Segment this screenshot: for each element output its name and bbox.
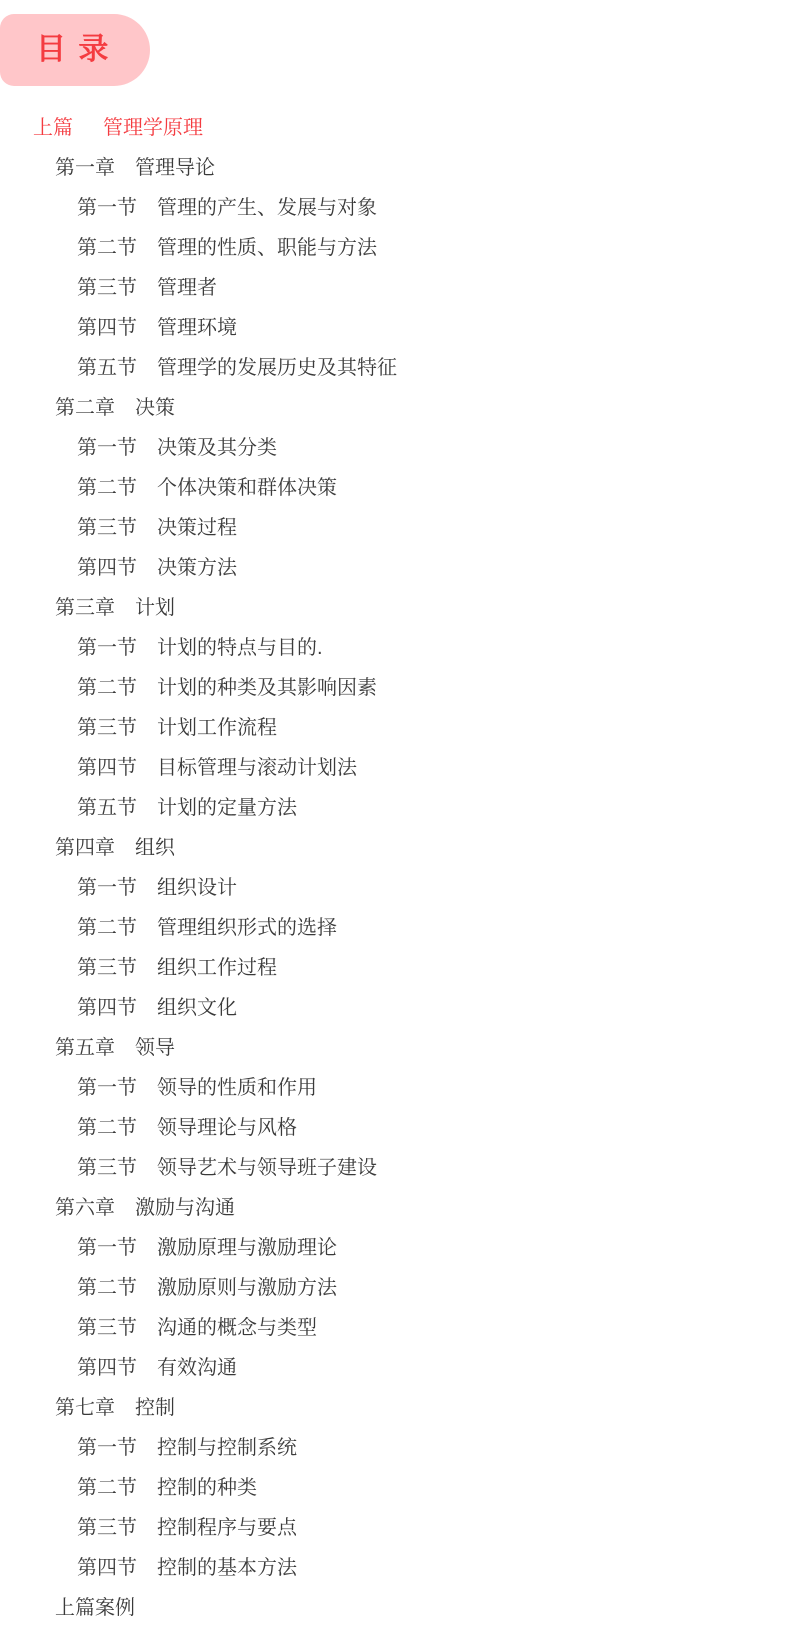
section-number: 第二节 (77, 677, 137, 699)
section-title: 计划的特点与目的. (157, 637, 323, 659)
toc-section[interactable]: 第三节组织工作过程 (0, 948, 790, 988)
section-title: 组织文化 (157, 997, 237, 1019)
section-number: 第一节 (77, 877, 137, 899)
section-title: 决策方法 (157, 557, 237, 579)
section-title: 激励原理与激励理论 (157, 1237, 337, 1259)
section-number: 第二节 (77, 1117, 137, 1139)
chapter-number: 第六章 (55, 1197, 115, 1219)
section-title: 管理的性质、职能与方法 (157, 237, 377, 259)
toc-section[interactable]: 第三节管理者 (0, 268, 790, 308)
toc-section[interactable]: 第四节有效沟通 (0, 1348, 790, 1388)
chapter-title: 计划 (135, 597, 175, 619)
toc-section[interactable]: 第二节管理的性质、职能与方法 (0, 228, 790, 268)
section-number: 第三节 (77, 1157, 137, 1179)
section-number: 第三节 (77, 277, 137, 299)
section-number: 第二节 (77, 477, 137, 499)
toc-section[interactable]: 第二节控制的种类 (0, 1468, 790, 1508)
section-number: 第四节 (77, 997, 137, 1019)
toc-section[interactable]: 第三节控制程序与要点 (0, 1508, 790, 1548)
section-number: 第三节 (77, 517, 137, 539)
section-title: 管理环境 (157, 317, 237, 339)
section-title: 控制的种类 (157, 1477, 257, 1499)
section-title: 管理的产生、发展与对象 (157, 197, 377, 219)
chapter-number: 第七章 (55, 1397, 115, 1419)
section-title: 个体决策和群体决策 (157, 477, 337, 499)
section-number: 第二节 (77, 1477, 137, 1499)
section-title: 有效沟通 (157, 1357, 237, 1379)
toc-item-part-cases[interactable]: 上篇案例 (0, 1588, 790, 1628)
section-title: 控制与控制系统 (157, 1437, 297, 1459)
toc-section[interactable]: 第一节计划的特点与目的. (0, 628, 790, 668)
section-title: 管理组织形式的选择 (157, 917, 337, 939)
section-title: 管理学的发展历史及其特征 (157, 357, 397, 379)
section-number: 第四节 (77, 1357, 137, 1379)
toc-section[interactable]: 第一节组织设计 (0, 868, 790, 908)
toc-chapter[interactable]: 第一章管理导论 (0, 148, 790, 188)
toc-section[interactable]: 第二节个体决策和群体决策 (0, 468, 790, 508)
section-number: 第四节 (77, 317, 137, 339)
section-title: 组织设计 (157, 877, 237, 899)
toc-section[interactable]: 第二节计划的种类及其影响因素 (0, 668, 790, 708)
section-number: 第一节 (77, 1437, 137, 1459)
section-title: 组织工作过程 (157, 957, 277, 979)
section-title: 决策过程 (157, 517, 237, 539)
toc-section[interactable]: 第一节控制与控制系统 (0, 1428, 790, 1468)
toc-chapter[interactable]: 第四章组织 (0, 828, 790, 868)
section-number: 第一节 (77, 1237, 137, 1259)
toc-section[interactable]: 第五节计划的定量方法 (0, 788, 790, 828)
section-title: 计划的定量方法 (157, 797, 297, 819)
toc-section[interactable]: 第二节领导理论与风格 (0, 1108, 790, 1148)
section-number: 第四节 (77, 557, 137, 579)
section-number: 第四节 (77, 1557, 137, 1579)
section-number: 第一节 (77, 637, 137, 659)
footer-item-label: 上篇案例 (55, 1597, 135, 1619)
section-number: 第二节 (77, 917, 137, 939)
toc-section[interactable]: 第一节决策及其分类 (0, 428, 790, 468)
toc-section[interactable]: 第四节管理环境 (0, 308, 790, 348)
toc-chapter[interactable]: 第六章激励与沟通 (0, 1188, 790, 1228)
section-title: 领导艺术与领导班子建设 (157, 1157, 377, 1179)
toc-section[interactable]: 第一节激励原理与激励理论 (0, 1228, 790, 1268)
section-title: 计划的种类及其影响因素 (157, 677, 377, 699)
toc-part-heading[interactable]: 上篇管理学原理 (0, 108, 790, 148)
toc-section[interactable]: 第三节领导艺术与领导班子建设 (0, 1148, 790, 1188)
chapter-number: 第三章 (55, 597, 115, 619)
chapter-number: 第二章 (55, 397, 115, 419)
section-title: 计划工作流程 (157, 717, 277, 739)
toc-section[interactable]: 第四节目标管理与滚动计划法 (0, 748, 790, 788)
section-number: 第五节 (77, 797, 137, 819)
section-title: 领导理论与风格 (157, 1117, 297, 1139)
toc-chapter[interactable]: 第二章决策 (0, 388, 790, 428)
section-title: 控制的基本方法 (157, 1557, 297, 1579)
chapter-title: 领导 (135, 1037, 175, 1059)
toc-section[interactable]: 第三节沟通的概念与类型 (0, 1308, 790, 1348)
chapter-number: 第五章 (55, 1037, 115, 1059)
toc-body: 上篇管理学原理 第一章管理导论第一节管理的产生、发展与对象第二节管理的性质、职能… (0, 108, 790, 1628)
section-number: 第一节 (77, 437, 137, 459)
section-title: 管理者 (157, 277, 217, 299)
chapter-title: 决策 (135, 397, 175, 419)
toc-section[interactable]: 第四节控制的基本方法 (0, 1548, 790, 1588)
toc-title-badge: 目 录 (0, 14, 150, 86)
section-title: 激励原则与激励方法 (157, 1277, 337, 1299)
section-title: 目标管理与滚动计划法 (157, 757, 357, 779)
section-number: 第二节 (77, 237, 137, 259)
section-title: 沟通的概念与类型 (157, 1317, 317, 1339)
toc-chapter[interactable]: 第三章计划 (0, 588, 790, 628)
toc-title: 目 录 (36, 35, 110, 65)
toc-page: 目 录 上篇管理学原理 第一章管理导论第一节管理的产生、发展与对象第二节管理的性… (0, 0, 790, 1633)
toc-section[interactable]: 第三节决策过程 (0, 508, 790, 548)
toc-section[interactable]: 第四节决策方法 (0, 548, 790, 588)
section-number: 第三节 (77, 957, 137, 979)
section-number: 第二节 (77, 1277, 137, 1299)
chapter-number: 第四章 (55, 837, 115, 859)
chapter-title: 激励与沟通 (135, 1197, 235, 1219)
toc-chapter[interactable]: 第七章控制 (0, 1388, 790, 1428)
section-number: 第三节 (77, 1517, 137, 1539)
toc-list: 第一章管理导论第一节管理的产生、发展与对象第二节管理的性质、职能与方法第三节管理… (0, 148, 790, 1588)
section-title: 控制程序与要点 (157, 1517, 297, 1539)
toc-section[interactable]: 第二节激励原则与激励方法 (0, 1268, 790, 1308)
section-number: 第一节 (77, 1077, 137, 1099)
chapter-title: 组织 (135, 837, 175, 859)
toc-section[interactable]: 第一节管理的产生、发展与对象 (0, 188, 790, 228)
chapter-title: 管理导论 (135, 157, 215, 179)
section-number: 第三节 (77, 717, 137, 739)
section-title: 决策及其分类 (157, 437, 277, 459)
toc-chapter[interactable]: 第五章领导 (0, 1028, 790, 1068)
section-title: 领导的性质和作用 (157, 1077, 317, 1099)
part-label: 上篇 (33, 117, 73, 139)
chapter-number: 第一章 (55, 157, 115, 179)
section-number: 第五节 (77, 357, 137, 379)
chapter-title: 控制 (135, 1397, 175, 1419)
toc-section[interactable]: 第五节管理学的发展历史及其特征 (0, 348, 790, 388)
toc-section[interactable]: 第三节计划工作流程 (0, 708, 790, 748)
part-title: 管理学原理 (103, 117, 203, 139)
section-number: 第四节 (77, 757, 137, 779)
section-number: 第一节 (77, 197, 137, 219)
toc-section[interactable]: 第一节领导的性质和作用 (0, 1068, 790, 1108)
toc-section[interactable]: 第四节组织文化 (0, 988, 790, 1028)
toc-section[interactable]: 第二节管理组织形式的选择 (0, 908, 790, 948)
section-number: 第三节 (77, 1317, 137, 1339)
